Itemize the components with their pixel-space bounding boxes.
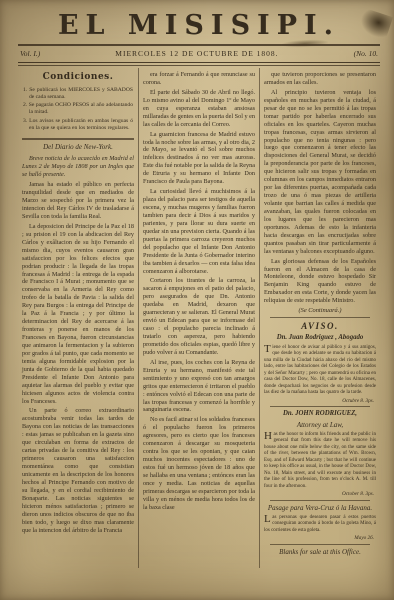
newspaper-title: EL MISISIPI.: [18, 10, 380, 41]
ad-divider: [270, 406, 370, 407]
passage-dateline: Mayo 26.: [264, 535, 374, 542]
blanks-notice: Blanks for sale at this Office.: [264, 548, 376, 557]
article-paragraph: El parte del Sábado 30 de Abril no llegó…: [143, 89, 255, 129]
aviso-dateline: Octubre 8. 3ps.: [264, 398, 374, 405]
column-2: era forzar á Fernando á que renunciase s…: [138, 68, 260, 568]
aviso-subheading: Dn. Juan Rodriguez , Abogado: [264, 334, 376, 343]
ad-divider: [270, 500, 370, 501]
issue-label: (No. 10.: [354, 49, 378, 58]
page-columns: Condiciones. 1. Se publicará los MIERCOL…: [18, 68, 380, 568]
article-paragraph: La guarnicion francesa de Madrid estuvo …: [143, 131, 255, 187]
passage-heading: Pasage para Vera-Cruz ó la Havana.: [264, 504, 376, 513]
newspaper-page: EL MISISIPI. Vol. I.) MIERCOLES 12 DE OC…: [0, 0, 394, 600]
aviso-body: Tiene el honor de avisar al público y á …: [264, 345, 376, 397]
aviso-heading: AVISO.: [264, 321, 376, 333]
attorney-heading: Dn. JOHN RODRIGUEZ,: [264, 410, 376, 419]
article-paragraph: Al principio tuvieron ventaja los españo…: [264, 89, 376, 256]
article-paragraph: era forzar á Fernando á que renunciase s…: [143, 71, 255, 87]
dateline: Vol. I.) MIERCOLES 12 DE OCTUBRE DE 1808…: [18, 46, 380, 62]
condition-item: 3. Los avisos se publicarán en ambas len…: [23, 118, 133, 132]
date-label: MIERCOLES 12 DE OCTUBRE DE 1808.: [115, 49, 278, 58]
passage-body: Las personas que desearen pasar á estos …: [264, 515, 376, 535]
attorney-body: Has the honor to inform his friends and …: [264, 432, 376, 491]
article-paragraph: Al irse, pues, los coches con la Reyna d…: [143, 359, 255, 415]
conditions-heading: Condiciones.: [23, 72, 133, 84]
attorney-subheading: Attorney at Law,: [264, 421, 376, 430]
column-1: Condiciones. 1. Se publicará los MIERCOL…: [18, 68, 138, 568]
article-paragraph: que tuvieron proporciones se presentaron…: [264, 71, 376, 87]
article-paragraph: Cortaron los tirantes de la carroza, la …: [143, 277, 255, 356]
article-paragraph: La curiosidad llevó á muchisimos á la pl…: [143, 188, 255, 275]
ad-divider: [270, 317, 370, 318]
ad-divider: [270, 544, 370, 545]
article-paragraph: Un parte ó correo extraordinario acostum…: [22, 407, 134, 534]
article-paragraph: Breve noticia de lo acaecido en Madrid e…: [22, 155, 134, 179]
conditions-box: Condiciones. 1. Se publicará los MIERCOL…: [22, 71, 134, 140]
article-paragraph: No es facil atinar si los soldados franc…: [143, 416, 255, 511]
condition-item: 2. Se pagarán OCHO PESOS al año adelanta…: [23, 102, 133, 116]
masthead: EL MISISIPI. Vol. I.) MIERCOLES 12 DE OC…: [18, 10, 380, 66]
article-paragraph: Las gloriosas defensas de los Españoles …: [264, 258, 376, 306]
attorney-dateline: October 8. 3ps.: [264, 491, 374, 498]
section-heading-diario: Del Diario de New-York.: [22, 143, 134, 152]
dateline-divider: [18, 62, 380, 66]
article-paragraph: La deposicion del Principe de la Paz el …: [22, 223, 134, 406]
column-3: que tuvieron proporciones se presentaron…: [260, 68, 380, 568]
to-be-continued-note: (Se Continuará.): [264, 307, 376, 315]
article-paragraph: Jamas ha estado el público en perfecta t…: [22, 181, 134, 221]
condition-item: 1. Se publicará los MIERCOLES y SABADOS …: [23, 87, 133, 101]
volume-label: Vol. I.): [20, 49, 40, 58]
